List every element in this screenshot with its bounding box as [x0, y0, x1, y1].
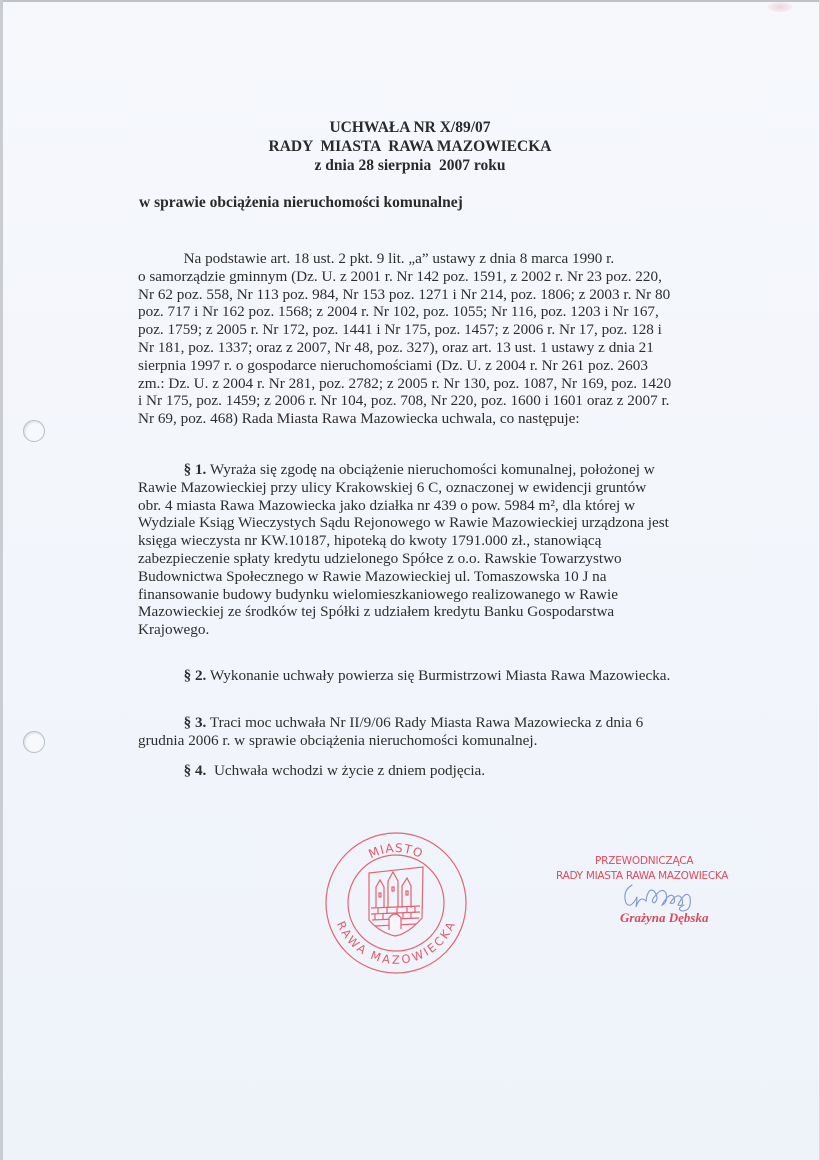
stamp-top-text: MIASTO	[366, 841, 425, 861]
svg-text:MIASTO: MIASTO	[366, 841, 425, 861]
section-4-text: Uchwała wchodzi w życie z dniem podjęcia…	[206, 762, 485, 779]
page-top-edge	[0, 0, 820, 2]
section-3-text: Traci moc uchwała Nr II/9/06 Rady Miasta…	[138, 714, 643, 749]
scanned-page: UCHWAŁA NR X/89/07 RADY MIASTA RAWA MAZO…	[0, 0, 820, 1160]
punch-hole-lower	[23, 731, 45, 753]
section-2-text: Wykonanie uchwały powierza się Burmistrz…	[206, 667, 670, 684]
punch-hole-upper	[23, 420, 45, 442]
section-4-label: § 4.	[184, 762, 207, 779]
handwritten-signature-icon	[618, 877, 708, 913]
section-1-text: Wyraża się zgodę na obciążenie nieruchom…	[138, 461, 669, 638]
section-2: § 2. Wykonanie uchwały powierza się Burm…	[138, 667, 748, 685]
resolution-number: UCHWAŁA NR X/89/07	[0, 118, 820, 138]
indent	[138, 762, 184, 779]
section-4: § 4. Uchwała wchodzi w życie z dniem pod…	[138, 762, 748, 780]
signatory-name: Grażyna Dębska	[620, 910, 708, 926]
section-3: § 3. Traci moc uchwała Nr II/9/06 Rady M…	[138, 714, 748, 750]
indent	[138, 714, 184, 731]
legal-basis-paragraph: Na podstawie art. 18 ust. 2 pkt. 9 lit. …	[138, 250, 748, 428]
indent	[138, 667, 184, 684]
section-3-label: § 3.	[184, 714, 207, 731]
section-2-label: § 2.	[184, 667, 207, 684]
signatory-title: PRZEWODNICZĄCA	[595, 855, 693, 867]
ink-smudge	[768, 2, 792, 12]
section-1-label: § 1.	[184, 461, 207, 478]
resolution-subject: w sprawie obciążenia nieruchomości komun…	[139, 194, 463, 212]
indent	[138, 461, 184, 478]
section-1: § 1. Wyraża się zgodę na obciążenie nier…	[138, 461, 748, 639]
issuing-council: RADY MIASTA RAWA MAZOWIECKA	[0, 137, 820, 157]
resolution-date: z dnia 28 sierpnia 2007 roku	[0, 156, 820, 176]
city-coat-of-arms-icon: MIASTO RAWA MAZOWIECKA	[323, 830, 469, 976]
city-seal-stamp: MIASTO RAWA MAZOWIECKA	[323, 830, 469, 976]
